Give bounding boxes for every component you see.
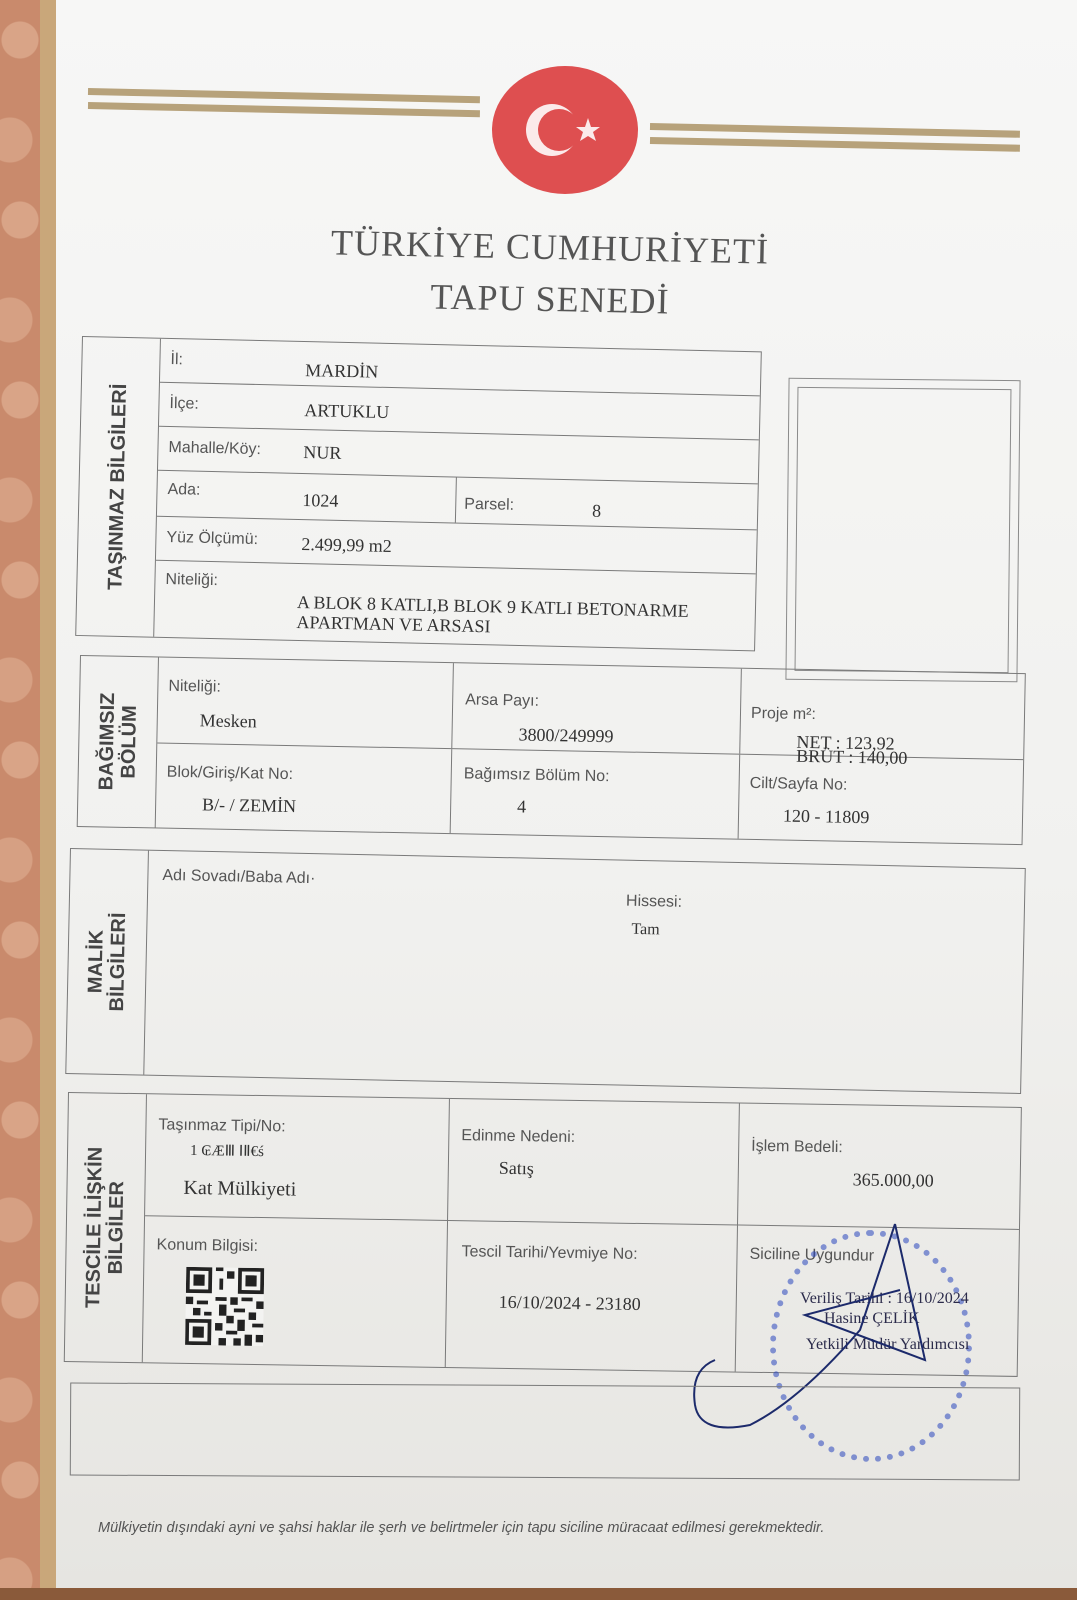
- section-label-malik: MALİKBİLGİLERİ: [66, 849, 149, 1075]
- edinme-cell: Edinme Nedeni: Satış: [447, 1099, 739, 1225]
- owner-name-label: Adı Sovadı/Baba Adı·: [162, 867, 315, 888]
- section-label-bagimsiz: BAĞIMSIZBÖLÜM: [78, 656, 159, 827]
- tip-code: 1 ₢ÆⅢ ⅠⅡ€ś: [190, 1141, 264, 1161]
- mahalle-label: Mahalle/Köy:: [168, 439, 261, 459]
- bedel-value: 365.000,00: [853, 1169, 934, 1191]
- bedel-label: İşlem Bedeli:: [751, 1138, 843, 1157]
- bolum-no-label: Bağımsız Bölüm No:: [464, 765, 610, 786]
- ilce-value: ARTUKLU: [304, 400, 389, 423]
- proje-brut: BRÜT : 140,00: [796, 746, 908, 769]
- tarih-label: Tescil Tarihi/Yevmiye No:: [461, 1243, 637, 1264]
- arsa-payi-value: 3800/249999: [518, 724, 613, 747]
- ada-value: 1024: [302, 490, 338, 512]
- tarih-value: 16/10/2024 - 23180: [499, 1292, 641, 1315]
- blok-value: B/- / ZEMİN: [202, 794, 296, 817]
- section-label-tasinmaz: TAŞINMAZ BİLGİLERİ: [76, 337, 161, 637]
- bedel-cell: İşlem Bedeli: 365.000,00: [737, 1104, 1021, 1229]
- arsa-payi-cell: Arsa Payı: 3800/249999: [451, 663, 741, 754]
- photo-box: [785, 378, 1020, 682]
- il-label: İl:: [170, 351, 183, 369]
- section-bagimsiz: BAĞIMSIZBÖLÜM Niteliği: Mesken Arsa Payı…: [77, 655, 1026, 845]
- hisse-value: Tam: [631, 921, 660, 940]
- bolum-no-value: 4: [517, 796, 526, 817]
- proje-cell: Proje m²: NET : 123,92: [739, 669, 1025, 759]
- edinme-value: Satış: [499, 1158, 534, 1180]
- footer-note: Mülkiyetin dışındaki ayni ve şahsi hakla…: [98, 1520, 1018, 1536]
- hisse-label: Hissesi:: [626, 893, 682, 912]
- yuzolcumu-label: Yüz Ölçümü:: [166, 529, 258, 549]
- bb-niteligi-label: Niteliği:: [168, 678, 221, 697]
- row-niteligi: Niteliği: A BLOK 8 KATLI,B BLOK 9 KATLI …: [154, 561, 756, 651]
- il-value: MARDİN: [305, 360, 378, 383]
- mahalle-value: NUR: [303, 442, 341, 464]
- blok-label: Blok/Giriş/Kat No:: [167, 764, 294, 784]
- row-bagimsiz-top: Niteliği: Mesken Arsa Payı: 3800/249999 …: [157, 658, 1024, 761]
- ilce-label: İlçe:: [169, 395, 199, 414]
- ada-label: Ada:: [167, 481, 200, 500]
- arsa-payi-label: Arsa Payı:: [465, 691, 539, 710]
- section-malik: MALİKBİLGİLERİ Adı Sovadı/Baba Adı· Hiss…: [65, 848, 1026, 1094]
- tip-value: Kat Mülkiyeti: [183, 1177, 296, 1202]
- cilt-cell: BRÜT : 140,00 Cilt/Sayfa No: 120 - 11809: [738, 755, 1024, 844]
- cilt-value: 120 - 11809: [783, 806, 870, 829]
- parsel-label: Parsel:: [464, 496, 514, 515]
- edinme-label: Edinme Nedeni:: [461, 1127, 575, 1147]
- row-bagimsiz-bottom: Blok/Giriş/Kat No: B/- / ZEMİN Bağımsız …: [156, 744, 1023, 845]
- annotations-box: [70, 1383, 1020, 1481]
- section-label-tescil: TESCİLE İLİŞKİNBİLGİLER: [65, 1093, 147, 1362]
- section-tasinmaz: TAŞINMAZ BİLGİLERİ İl: MARDİN İlçe: ARTU…: [75, 336, 762, 651]
- tip-label: Taşınmaz Tipi/No:: [158, 1116, 285, 1136]
- location-qr-code-icon[interactable]: [185, 1267, 264, 1346]
- niteligi-value-line2: APARTMAN VE ARSASI: [296, 612, 490, 637]
- yuzolcumu-value: 2.499,99 m2: [301, 534, 392, 557]
- konum-label: Konum Bilgisi:: [156, 1236, 258, 1256]
- crescent-star-icon: [492, 66, 638, 194]
- niteligi-label: Niteliği:: [165, 571, 218, 590]
- parsel-value: 8: [592, 501, 601, 522]
- background-edge: [0, 1588, 1077, 1600]
- bb-niteligi-value: Mesken: [200, 710, 257, 732]
- parsel-cell: Parsel: 8: [455, 478, 758, 530]
- proje-label: Proje m²:: [751, 705, 816, 724]
- bolum-no-cell: Bağımsız Bölüm No: 4: [450, 749, 740, 839]
- row-tescil-top: Taşınmaz Tipi/No: 1 ₢ÆⅢ ⅠⅡ€ś Kat Mülkiye…: [145, 1094, 1021, 1230]
- cilt-label: Cilt/Sayfa No:: [749, 775, 847, 795]
